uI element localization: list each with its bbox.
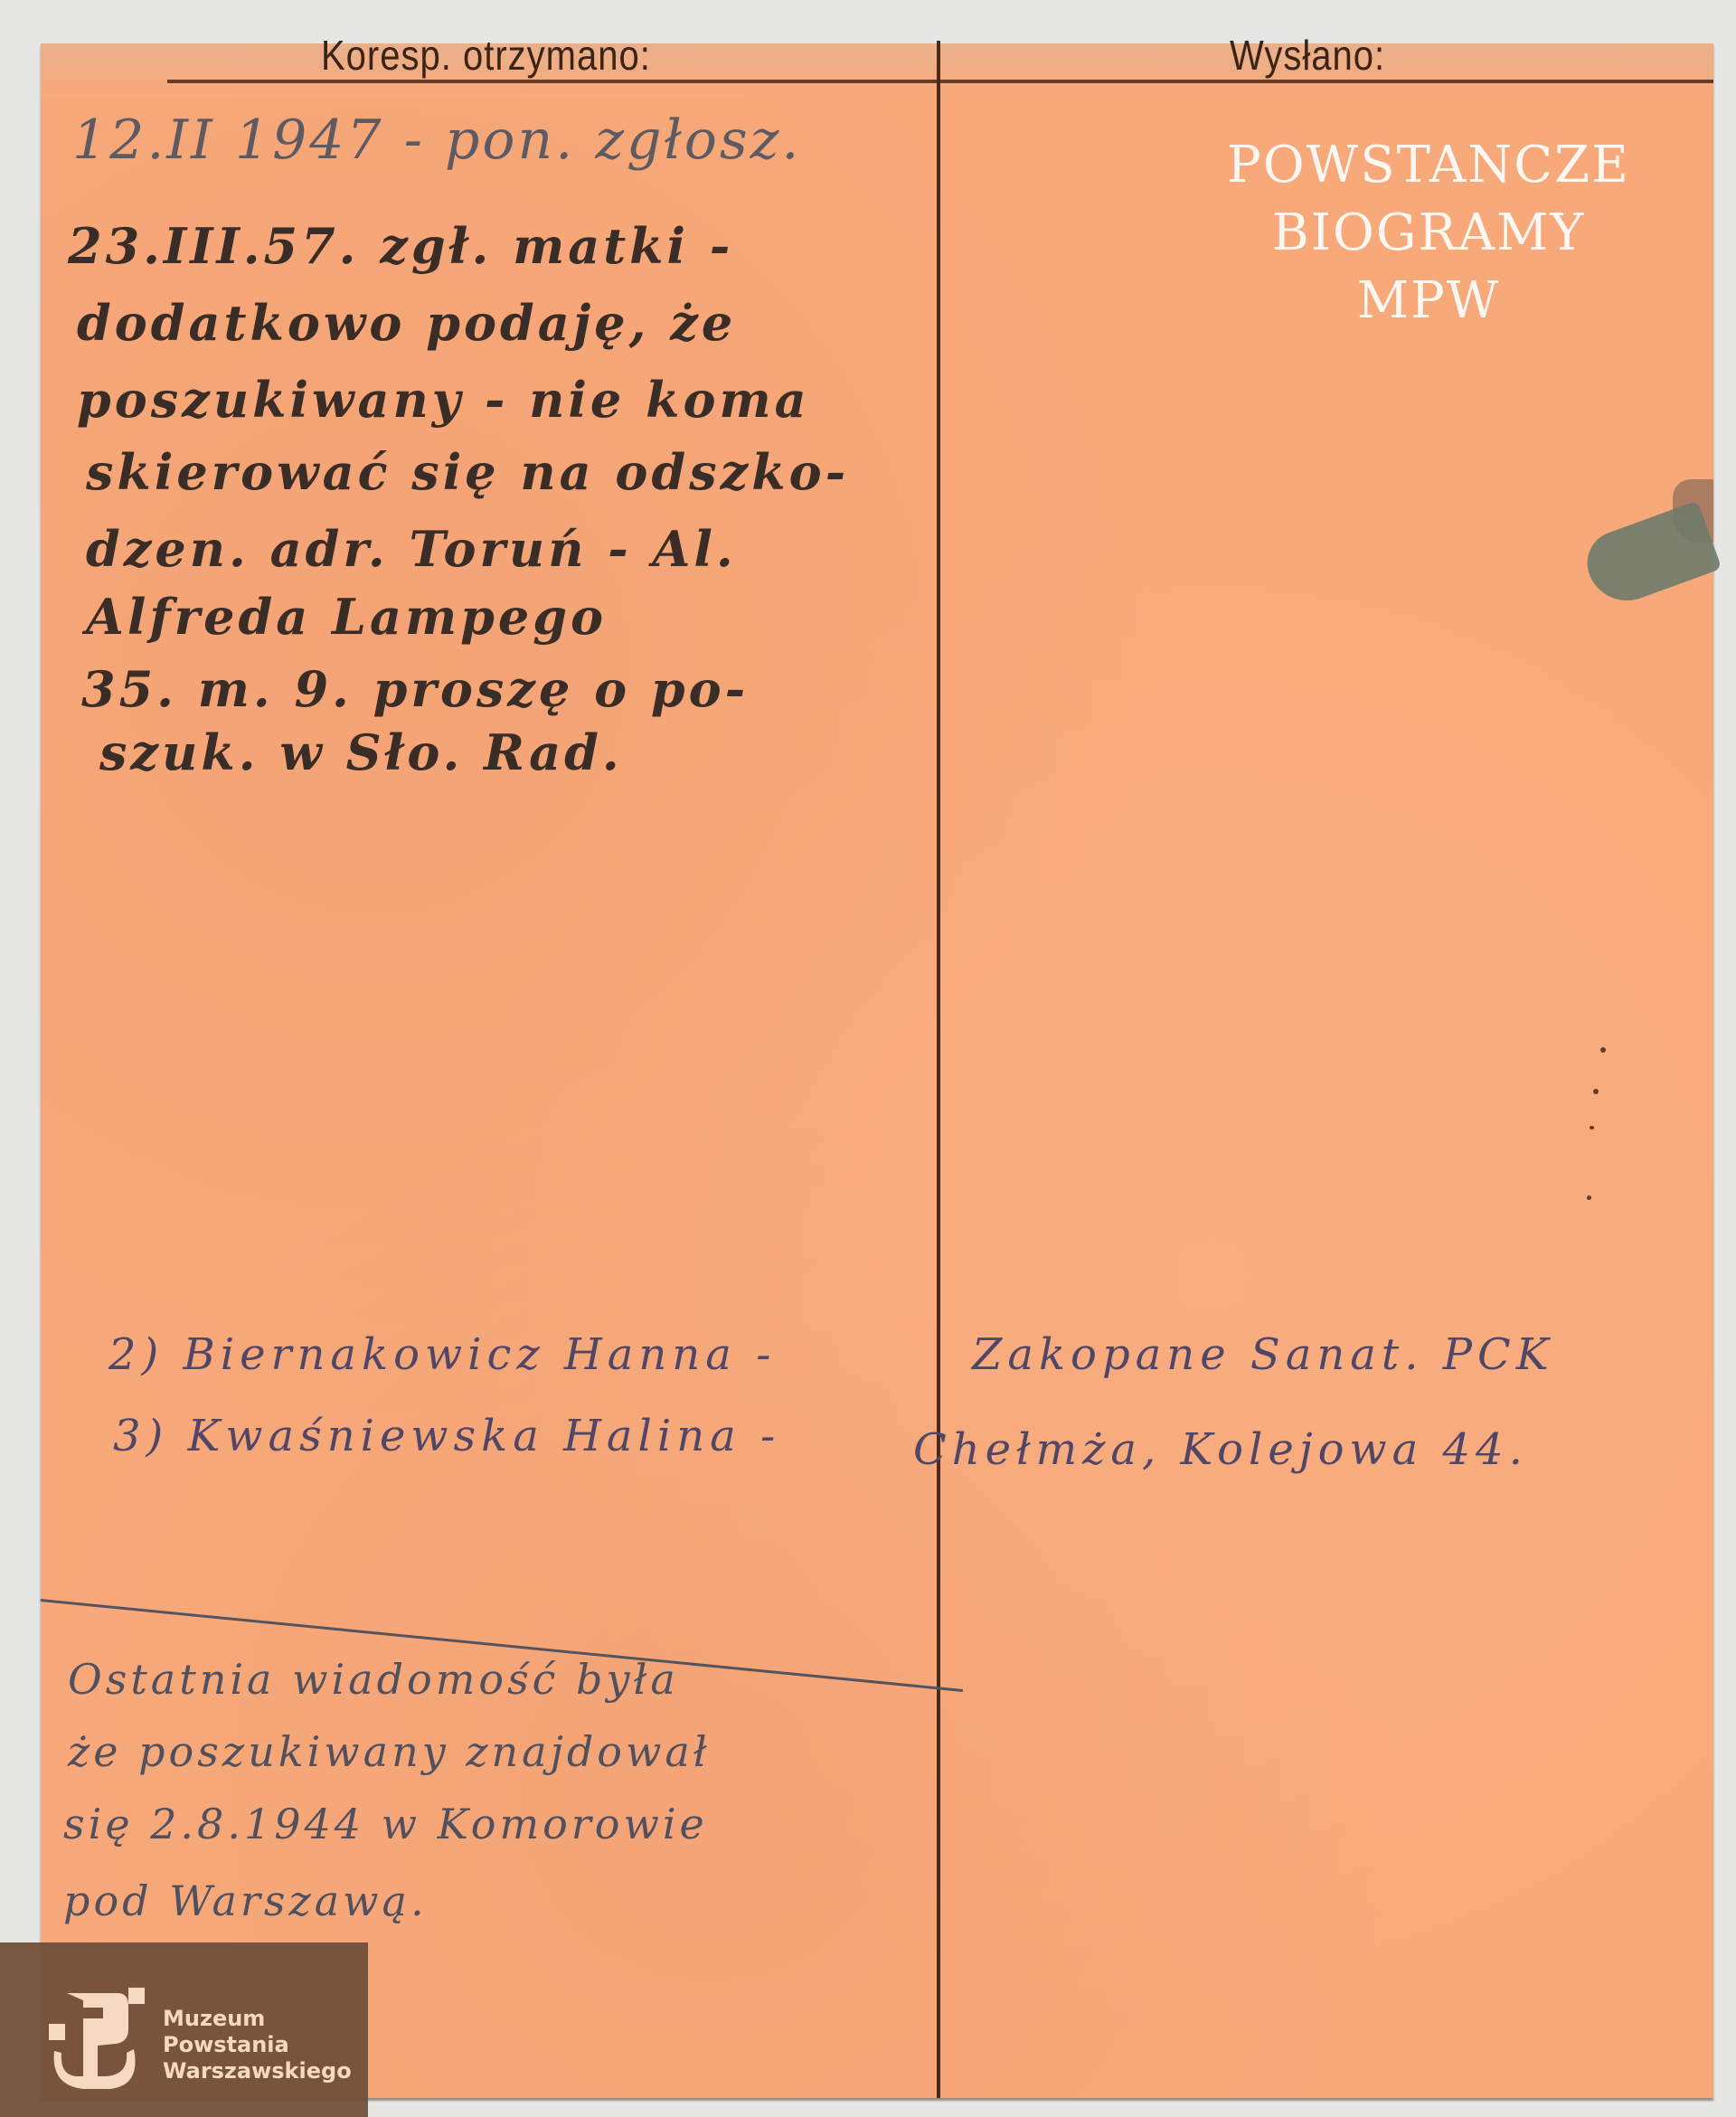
paper-speck [1587, 1196, 1591, 1200]
note-line-9: szuk. w Sło. Rad. [99, 723, 623, 781]
museum-name-line-1: Muzeum [163, 2006, 352, 2032]
museum-name-line-3: Warszawskiego [163, 2058, 352, 2084]
paper-speck [1600, 1047, 1606, 1053]
note-line-6: dzen. adr. Toruń - Al. [86, 520, 737, 578]
watermark: POWSTANCZE BIOGRAMY MPW [1203, 131, 1655, 335]
note-line-5: skierować się na odszko- [86, 443, 849, 501]
museum-logo: Muzeum Powstania Warszawskiego [0, 1942, 368, 2117]
header-sent: Wysłano: [1230, 33, 1385, 80]
header-received: Koresp. otrzymano: [321, 33, 651, 80]
note-line-1: 12.II 1947 - pon. zgłosz. [72, 109, 801, 172]
bottom-note-line-1: Ostatnia wiadomość była [68, 1655, 679, 1704]
header-rule [167, 80, 1713, 83]
bottom-note-line-2: że poszukiwany znajdował [68, 1727, 711, 1776]
note-line-7: Alfreda Lampego [86, 588, 607, 646]
bottom-note-line-3: się 2.8.1944 w Komorowie [63, 1800, 708, 1848]
watermark-line-1: POWSTANCZE [1203, 131, 1655, 199]
note-line-3: dodatkowo podaję, że [77, 294, 736, 352]
bottom-note-line-4: pod Warszawą. [63, 1876, 428, 1925]
museum-name-line-2: Powstania [163, 2032, 352, 2058]
museum-name: Muzeum Powstania Warszawskiego [163, 2006, 352, 2084]
paper-top-tint [41, 43, 1713, 98]
watermark-line-2: BIOGRAMY MPW [1203, 199, 1655, 335]
note-line-2: 23.III.57. zgł. matki - [68, 217, 733, 275]
kotwica-anchor-icon [47, 1988, 146, 2096]
entry-2-name: 2) Biernakowicz Hanna - [108, 1329, 776, 1380]
paper-speck [1593, 1089, 1599, 1094]
entry-2-address: Zakopane Sanat. PCK [972, 1329, 1554, 1380]
paper-speck [1590, 1126, 1594, 1129]
note-line-4: poszukiwany - nie koma [77, 371, 810, 429]
entry-3-address: Chełmża, Kolejowa 44. [913, 1424, 1528, 1475]
column-divider [937, 41, 940, 2098]
entry-3-name: 3) Kwaśniewska Halina - [113, 1411, 780, 1461]
note-line-8: 35. m. 9. proszę o po- [81, 660, 749, 718]
